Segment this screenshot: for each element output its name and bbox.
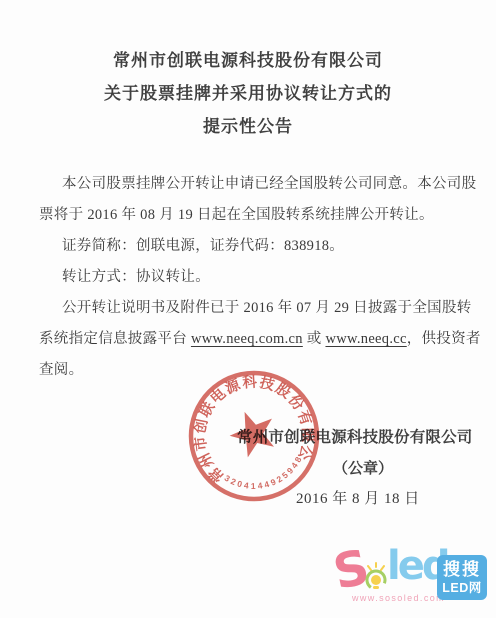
body-line-security-name: 证券简称：创联电源，证券代码：838918。 (39, 231, 457, 262)
body-line-with-links: 系统指定信息披露平台 www.neeq.com.cn 或 www.neeq.cc… (39, 324, 457, 355)
body-line-transfer-mode: 转让方式：协议转让。 (39, 262, 457, 293)
body-line: 查阅。 (39, 355, 457, 386)
badge-text-top: 搜搜 (443, 560, 481, 580)
body-line: 票将于 2016 年 08 月 19 日起在全国股转系统挂牌公开转让。 (39, 200, 457, 231)
sosoled-watermark-logo: S led www.sosoled.com 搜搜 LED网 (330, 542, 492, 612)
link-neeq-com-cn[interactable]: www.neeq.com.cn (191, 331, 303, 347)
body-text-segment: 系统指定信息披露平台 (39, 331, 191, 347)
title-line-company: 常州市创联电源科技股份有限公司 (0, 44, 496, 77)
body-line: 本公司股票挂牌公开转让申请已经全国股转公司同意。本公司股 (39, 169, 457, 200)
signature-seal-label: （公章） (333, 457, 393, 478)
badge-text-bottom: LED网 (442, 580, 482, 596)
body-text-segment: 或 (303, 331, 326, 347)
document-body: 本公司股票挂牌公开转让申请已经全国股转公司同意。本公司股 票将于 2016 年 … (39, 169, 457, 386)
body-line: 公开转让说明书及附件已于 2016 年 07 月 29 日披露于全国股转 (39, 293, 457, 324)
document-title: 常州市创联电源科技股份有限公司 关于股票挂牌并采用协议转让方式的 提示性公告 (0, 44, 496, 143)
signature-date: 2016 年 8 月 18 日 (296, 487, 420, 508)
title-line-subject: 关于股票挂牌并采用协议转让方式的 (0, 77, 496, 110)
link-neeq-cc[interactable]: www.neeq.cc (325, 331, 406, 347)
logo-badge: 搜搜 LED网 (437, 555, 487, 600)
scanned-announcement-document: 常州市创联电源科技股份有限公司 关于股票挂牌并采用协议转让方式的 提示性公告 本… (0, 0, 496, 618)
title-line-type: 提示性公告 (0, 110, 496, 143)
logo-site-url: www.sosoled.com (352, 593, 445, 603)
lightbulb-icon (364, 562, 388, 592)
body-text-segment: ，供投资者 (407, 331, 481, 347)
signature-company-name: 常州市创联电源科技股份有限公司 (237, 425, 473, 447)
